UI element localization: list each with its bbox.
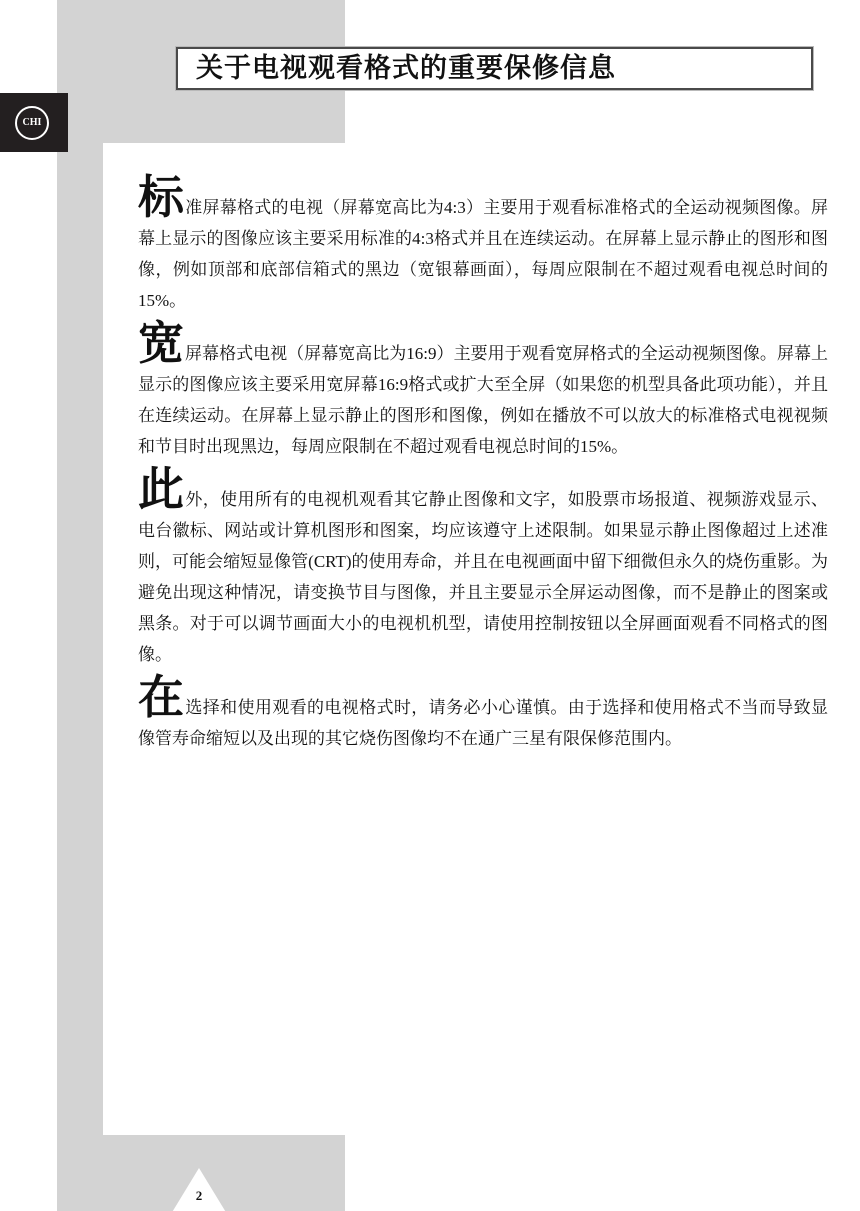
- paragraph-text: 准屏幕格式的电视（屏幕宽高比为4:3）主要用于观看标准格式的全运动视频图像。屏幕…: [138, 198, 828, 310]
- page-number: 2: [171, 1188, 227, 1204]
- drop-cap: 宽: [138, 318, 185, 369]
- language-badge-circle-icon: CHI: [15, 106, 49, 140]
- paragraph: 标准屏幕格式的电视（屏幕宽高比为4:3）主要用于观看标准格式的全运动视频图像。屏…: [138, 192, 828, 316]
- drop-cap: 此: [138, 464, 185, 515]
- paragraph-text: 选择和使用观看的电视格式时，请务必小心谨慎。由于选择和使用格式不当而导致显像管寿…: [138, 698, 828, 748]
- side-band-left: [57, 0, 103, 1211]
- paragraph: 在选择和使用观看的电视格式时，请务必小心谨慎。由于选择和使用格式不当而导致显像管…: [138, 692, 828, 754]
- body-content: 标准屏幕格式的电视（屏幕宽高比为4:3）主要用于观看标准格式的全运动视频图像。屏…: [138, 192, 828, 754]
- paragraph-text: 屏幕格式电视（屏幕宽高比为16:9）主要用于观看宽屏格式的全运动视频图像。屏幕上…: [138, 344, 828, 456]
- paragraph: 宽屏幕格式电视（屏幕宽高比为16:9）主要用于观看宽屏格式的全运动视频图像。屏幕…: [138, 338, 828, 462]
- title-box: 关于电视观看格式的重要保修信息: [176, 47, 813, 90]
- manual-page: CHI 关于电视观看格式的重要保修信息 标准屏幕格式的电视（屏幕宽高比为4:3）…: [0, 0, 860, 1211]
- language-badge-label: CHI: [23, 117, 42, 128]
- paragraph: 此外，使用所有的电视机观看其它静止图像和文字，如股票市场报道、视频游戏显示、电台…: [138, 484, 828, 670]
- paragraph-text: 外，使用所有的电视机观看其它静止图像和文字，如股票市场报道、视频游戏显示、电台徽…: [138, 490, 828, 664]
- drop-cap: 在: [138, 672, 185, 723]
- drop-cap: 标: [138, 172, 185, 223]
- language-badge: CHI: [0, 93, 68, 152]
- page-title: 关于电视观看格式的重要保修信息: [178, 55, 616, 82]
